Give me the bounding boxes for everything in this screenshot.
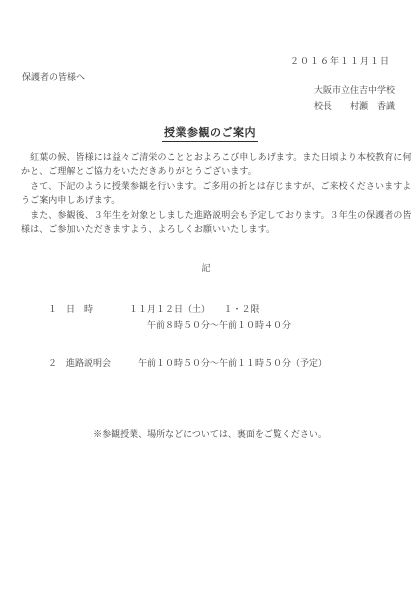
letter-page: ２０１６年１１月１日 保護者の皆様へ 大阪市立住吉中学校 校長 村瀬 香識 授業… (0, 0, 420, 594)
body-line: かと、ご理解とご協力をいただきありがとうございます。 (21, 164, 403, 178)
document-title: 授業参観のご案内 (162, 124, 258, 142)
schedule-item-2-briefing: ２ 進路説明会 午前１０時５０分～午前１１時５０分（予定） (48, 356, 327, 369)
schedule-item-1-datetime: １ 日 時 １１月１２日（土） １・２限 (48, 302, 260, 315)
footnote: ※参観授業、場所などについては、裏面をご覧ください。 (0, 427, 420, 440)
body-line: また、参観後、３年生を対象としました進路説明会も予定しております。３年生の保護者… (21, 208, 403, 222)
recipient-line: 保護者の皆様へ (22, 71, 85, 83)
sender-school: 大阪市立住吉中学校 (314, 84, 395, 96)
body-line: うご案内申しあげます。 (21, 193, 403, 207)
letter-date: ２０１６年１１月１日 (290, 55, 390, 67)
body-line: 紅葉の候、皆様には益々ご清栄のこととおよろこび申しあげます。また日頃より本校教育… (21, 150, 403, 164)
body-text: 紅葉の候、皆様には益々ご清栄のこととおよろこび申しあげます。また日頃より本校教育… (21, 150, 403, 236)
body-line: さて、下記のように授業参観を行います。ご多用の折とは存じますが、ご来校くださいま… (21, 179, 403, 193)
sender-principal: 校長 村瀬 香識 (314, 100, 395, 112)
schedule-item-1-time-range: 午前８時５０分～午前１０時４０分 (48, 318, 291, 331)
record-marker: 記 (0, 261, 412, 274)
body-line: 様は、ご参加いただきますよう、よろしくお願いいたします。 (21, 222, 403, 236)
title-row: 授業参観のご案内 (0, 123, 420, 142)
